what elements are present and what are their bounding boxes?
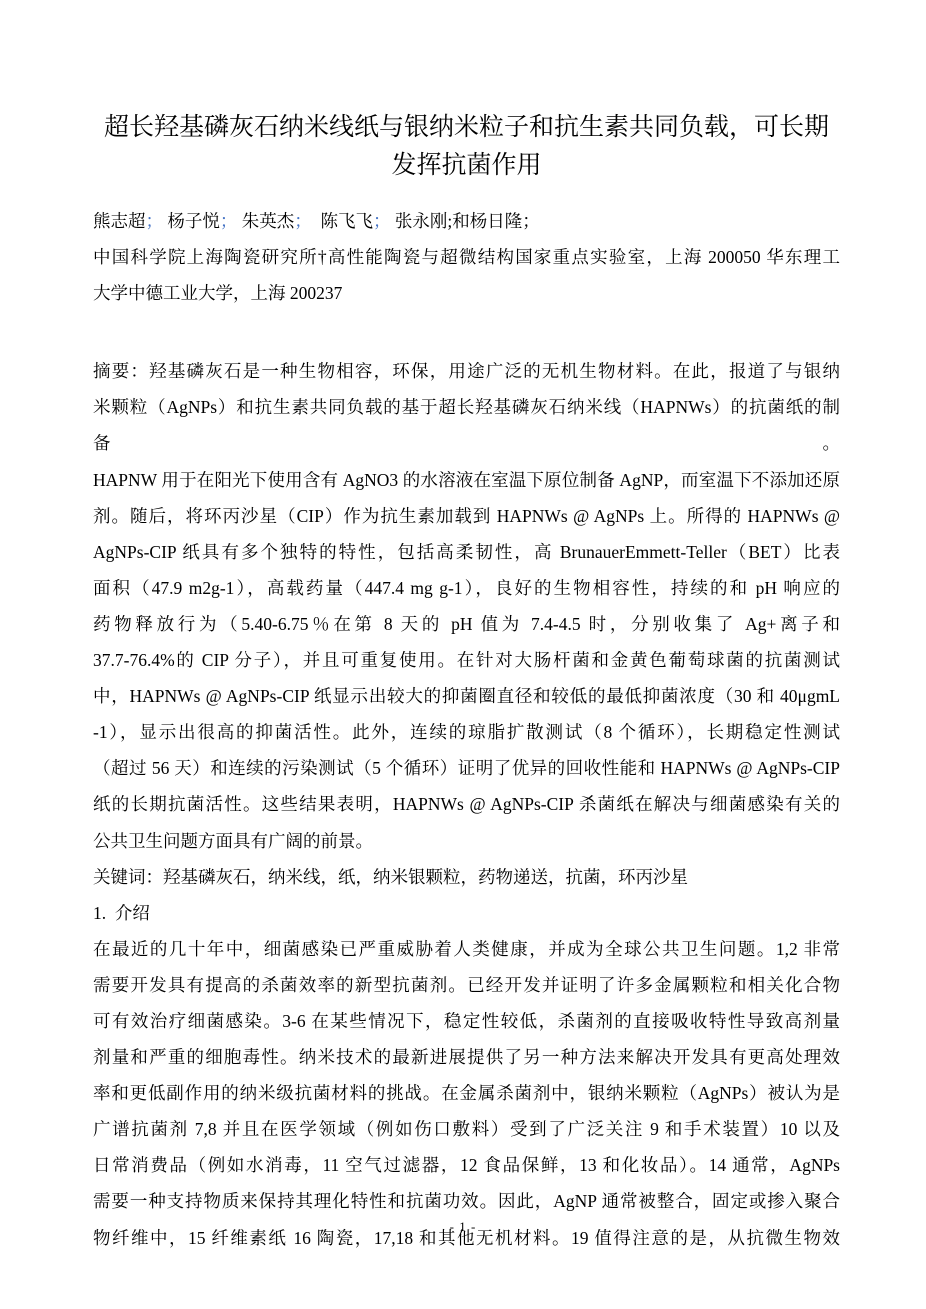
- keywords-line: 关键词：羟基磷灰石，纳米线，纸，纳米银颗粒，药物递送，抗菌，环丙沙星: [93, 859, 840, 895]
- section-heading-introduction: 1. 介绍: [93, 895, 840, 931]
- author-line: 熊志超； 杨子悦； 朱英杰； 陈飞飞； 张永刚;和杨日隆；: [93, 203, 840, 239]
- affiliation: 中国科学院上海陶瓷研究所†高性能陶瓷与超微结构国家重点实验室，上海 200050…: [93, 239, 840, 311]
- author-name: 张永刚: [395, 211, 448, 231]
- text-line: 大学中德工业大学，上海 200237: [93, 275, 840, 311]
- text-line: 超长羟基磷灰石纳米线纸与银纳米粒子和抗生素共同负载，可长期: [93, 109, 840, 147]
- text-line: 日常消费品（例如水消毒，11 空气过滤器，12 食品保鲜，13 和化妆品）。14…: [93, 1147, 840, 1183]
- paper-title: 超长羟基磷灰石纳米线纸与银纳米粒子和抗生素共同负载，可长期发挥抗菌作用: [93, 0, 840, 185]
- text-line: 需要开发具有提高的杀菌效率的新型抗菌剂。已经开发并证明了许多金属颗粒和相关化合物: [93, 967, 840, 1003]
- author-separator: ；: [146, 211, 164, 231]
- text-line: 米颗粒（AgNPs）和抗生素共同负载的基于超长羟基磷灰石纳米线（HAPNWs）的…: [93, 389, 840, 461]
- document-page: 超长羟基磷灰石纳米线纸与银纳米粒子和抗生素共同负载，可长期发挥抗菌作用 熊志超；…: [0, 0, 926, 1309]
- text-line: 在最近的几十年中，细菌感染已严重威胁着人类健康，并成为全球公共卫生问题。1,2 …: [93, 931, 840, 967]
- page-content: 超长羟基磷灰石纳米线纸与银纳米粒子和抗生素共同负载，可长期发挥抗菌作用 熊志超；…: [93, 0, 840, 1256]
- text-line: 率和更低副作用的纳米级抗菌材料的挑战。在金属杀菌剂中，银纳米颗粒（AgNPs）被…: [93, 1075, 840, 1111]
- text-line: 摘要：羟基磷灰石是一种生物相容，环保，用途广泛的无机生物材料。在此，报道了与银纳: [93, 353, 840, 389]
- text-line: 面积（47.9 m2g-1），高载药量（447.4 mg g-1），良好的生物相…: [93, 570, 840, 606]
- text-line: 37.7-76.4%的 CIP 分子），并且可重复使用。在针对大肠杆菌和金黄色葡…: [93, 642, 840, 678]
- text-line: 需要一种支持物质来保持其理化特性和抗菌功效。因此，AgNP 通常被整合，固定或掺…: [93, 1183, 840, 1219]
- text-line: 药物释放行为（5.40-6.75％在第 8 天的 pH 值为 7.4-4.5 时…: [93, 606, 840, 642]
- text-line: 中国科学院上海陶瓷研究所†高性能陶瓷与超微结构国家重点实验室，上海 200050…: [93, 239, 840, 275]
- text-line: 剂量和严重的细胞毒性。纳米技术的最新进展提供了另一种方法来解决开发具有更高处理效: [93, 1039, 840, 1075]
- author-separator: ；: [373, 211, 391, 231]
- page-number: - 1 -: [0, 1219, 926, 1235]
- text-line: 剂。随后，将环丙沙星（CIP）作为抗生素加载到 HAPNWs @ AgNPs 上…: [93, 498, 840, 534]
- text-line: HAPNW 用于在阳光下使用含有 AgNO3 的水溶液在室温下原位制备 AgNP…: [93, 462, 840, 498]
- author-separator: ；: [220, 211, 238, 231]
- introduction-paragraph: 在最近的几十年中，细菌感染已严重威胁着人类健康，并成为全球公共卫生问题。1,2 …: [93, 931, 840, 1256]
- text-line: 发挥抗菌作用: [93, 147, 840, 185]
- text-line: 广谱抗菌剂 7,8 并且在医学领域（例如伤口敷料）受到了广泛关注 9 和手术装置…: [93, 1111, 840, 1147]
- author-name: 朱英杰: [242, 211, 295, 231]
- author-separator: ；: [522, 211, 540, 231]
- text-line: AgNPs-CIP 纸具有多个独特的特性，包括高柔韧性，高 BrunauerEm…: [93, 534, 840, 570]
- author-name: 陈飞飞: [321, 211, 374, 231]
- text-line: 可有效治疗细菌感染。3-6 在某些情况下，稳定性较低，杀菌剂的直接吸收特性导致高…: [93, 1003, 840, 1039]
- text-line: 纸的长期抗菌活性。这些结果表明，HAPNWs @ AgNPs-CIP 杀菌纸在解…: [93, 786, 840, 822]
- author-name: 杨子悦: [167, 211, 220, 231]
- text-line: 公共卫生问题方面具有广阔的前景。: [93, 823, 840, 859]
- author-name: 和杨日隆: [452, 211, 522, 231]
- author-name: 熊志超: [93, 211, 146, 231]
- text-line: -1），显示出很高的抑菌活性。此外，连续的琼脂扩散测试（8 个循环），长期稳定性…: [93, 714, 840, 750]
- abstract-paragraph: 摘要：羟基磷灰石是一种生物相容，环保，用途广泛的无机生物材料。在此，报道了与银纳…: [93, 353, 840, 858]
- text-line: 中，HAPNWs @ AgNPs-CIP 纸显示出较大的抑菌圈直径和较低的最低抑…: [93, 678, 840, 714]
- author-separator: ；: [294, 211, 312, 231]
- text-line: （超过 56 天）和连续的污染测试（5 个循环）证明了优异的回收性能和 HAPN…: [93, 750, 840, 786]
